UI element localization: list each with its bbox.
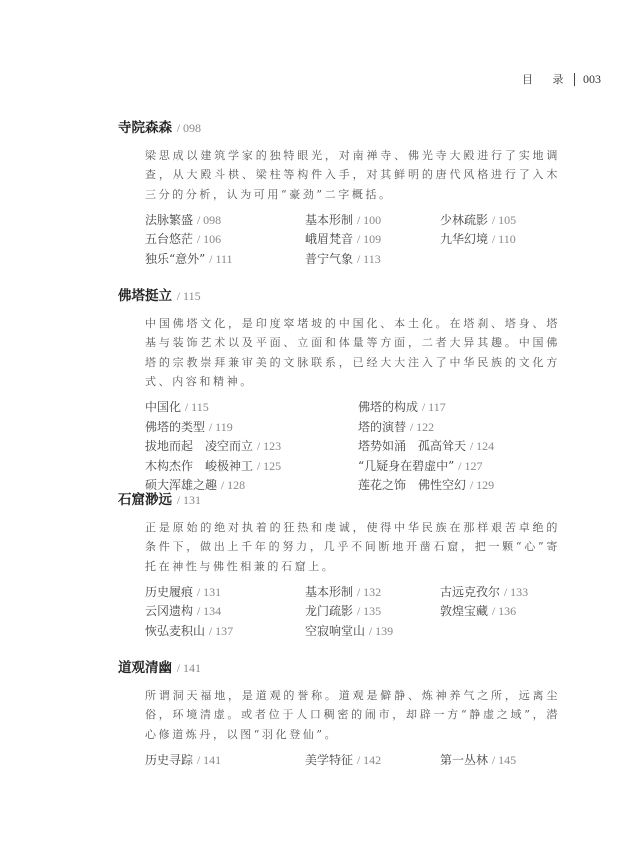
toc-entry[interactable]: 空寂响堂山 / 139 [305,622,393,642]
section-title[interactable]: 佛塔挺立 / 115 [118,286,558,306]
section-summary: 所谓洞天福地，是道观的誉称。道观是僻静、炼神养气之所，远离尘俗，环境清虚。或者位… [145,686,560,744]
toc-entries: 历史履痕 / 131 基本形制 / 132 古远克孜尔 / 133 云冈遗构 /… [145,583,558,642]
section-title[interactable]: 寺院森森 / 098 [118,118,558,138]
toc-entry[interactable]: 敦煌宝藏 / 136 [440,602,516,622]
toc-section-temples: 寺院森森 / 098 梁思成以建筑学家的独特眼光，对南禅寺、佛光寺大殿进行了实地… [118,118,558,269]
toc-entry[interactable]: 九华幻境 / 110 [440,230,516,250]
toc-entry[interactable]: 美学特征 / 142 [305,751,381,771]
section-summary: 梁思成以建筑学家的独特眼光，对南禅寺、佛光寺大殿进行了实地调查，从大殿斗栱、梁柱… [145,146,560,204]
toc-entry[interactable]: 塔势如涌 孤高耸天 / 124 [358,437,494,457]
toc-entry[interactable]: 历史履痕 / 131 [145,583,221,603]
toc-entry[interactable]: 第一丛林 / 145 [440,751,516,771]
toc-entry[interactable]: 法脉繁盛 / 098 [145,211,221,231]
toc-entry[interactable]: 基本形制 / 132 [305,583,381,603]
toc-entry[interactable]: 木构杰作 峻极神工 / 125 [145,457,281,477]
toc-entry[interactable]: “几疑身在碧虚中” / 127 [358,457,482,477]
toc-entry[interactable]: 龙门疏影 / 135 [305,602,381,622]
page-number: 003 [583,72,601,87]
header-divider [574,73,576,86]
toc-entry[interactable]: 古远克孜尔 / 133 [440,583,528,603]
toc-entry[interactable]: 独乐“意外” / 111 [145,250,233,270]
running-header: 目 录 003 [522,71,601,87]
toc-entry[interactable]: 基本形制 / 100 [305,211,381,231]
section-summary: 正是原始的绝对执着的狂热和虔诚，使得中华民族在那样艰苦卓绝的条件下，做出上千年的… [145,518,560,576]
toc-entries: 历史寻踪 / 141 美学特征 / 142 第一丛林 / 145 [145,751,558,771]
toc-entry[interactable]: 恢弘麦积山 / 137 [145,622,233,642]
section-title[interactable]: 道观清幽 / 141 [118,658,558,678]
toc-entry[interactable]: 少林疏影 / 105 [440,211,516,231]
toc-entry[interactable]: 中国化 / 115 [145,398,209,418]
toc-entry[interactable]: 峨眉梵音 / 109 [305,230,381,250]
toc-entry[interactable]: 塔的演替 / 122 [358,418,434,438]
section-summary: 中国佛塔文化，是印度窣堵坡的中国化、本土化。在塔刹、塔身、塔基与装饰艺术以及平面… [145,314,560,391]
toc-entry[interactable]: 佛塔的构成 / 117 [358,398,446,418]
header-title: 目 录 [522,71,572,87]
toc-entry[interactable]: 五台悠茫 / 106 [145,230,221,250]
toc-entry[interactable]: 普宁气象 / 113 [305,250,381,270]
toc-entries: 法脉繁盛 / 098 基本形制 / 100 少林疏影 / 105 五台悠茫 / … [145,211,558,270]
section-title[interactable]: 石窟渺远 / 131 [118,490,558,510]
toc-entry[interactable]: 云冈遗构 / 134 [145,602,221,622]
toc-entry[interactable]: 历史寻踪 / 141 [145,751,221,771]
toc-entry[interactable]: 拔地而起 凌空而立 / 123 [145,437,281,457]
toc-entries: 中国化 / 115 佛塔的构成 / 117 佛塔的类型 / 119 塔的演替 /… [145,398,558,496]
toc-section-grottoes: 石窟渺远 / 131 正是原始的绝对执着的狂热和虔诚，使得中华民族在那样艰苦卓绝… [118,490,558,641]
toc-section-pagodas: 佛塔挺立 / 115 中国佛塔文化，是印度窣堵坡的中国化、本土化。在塔刹、塔身、… [118,286,558,496]
toc-entry[interactable]: 佛塔的类型 / 119 [145,418,233,438]
toc-section-taoist-temples: 道观清幽 / 141 所谓洞天福地，是道观的誉称。道观是僻静、炼神养气之所，远离… [118,658,558,770]
